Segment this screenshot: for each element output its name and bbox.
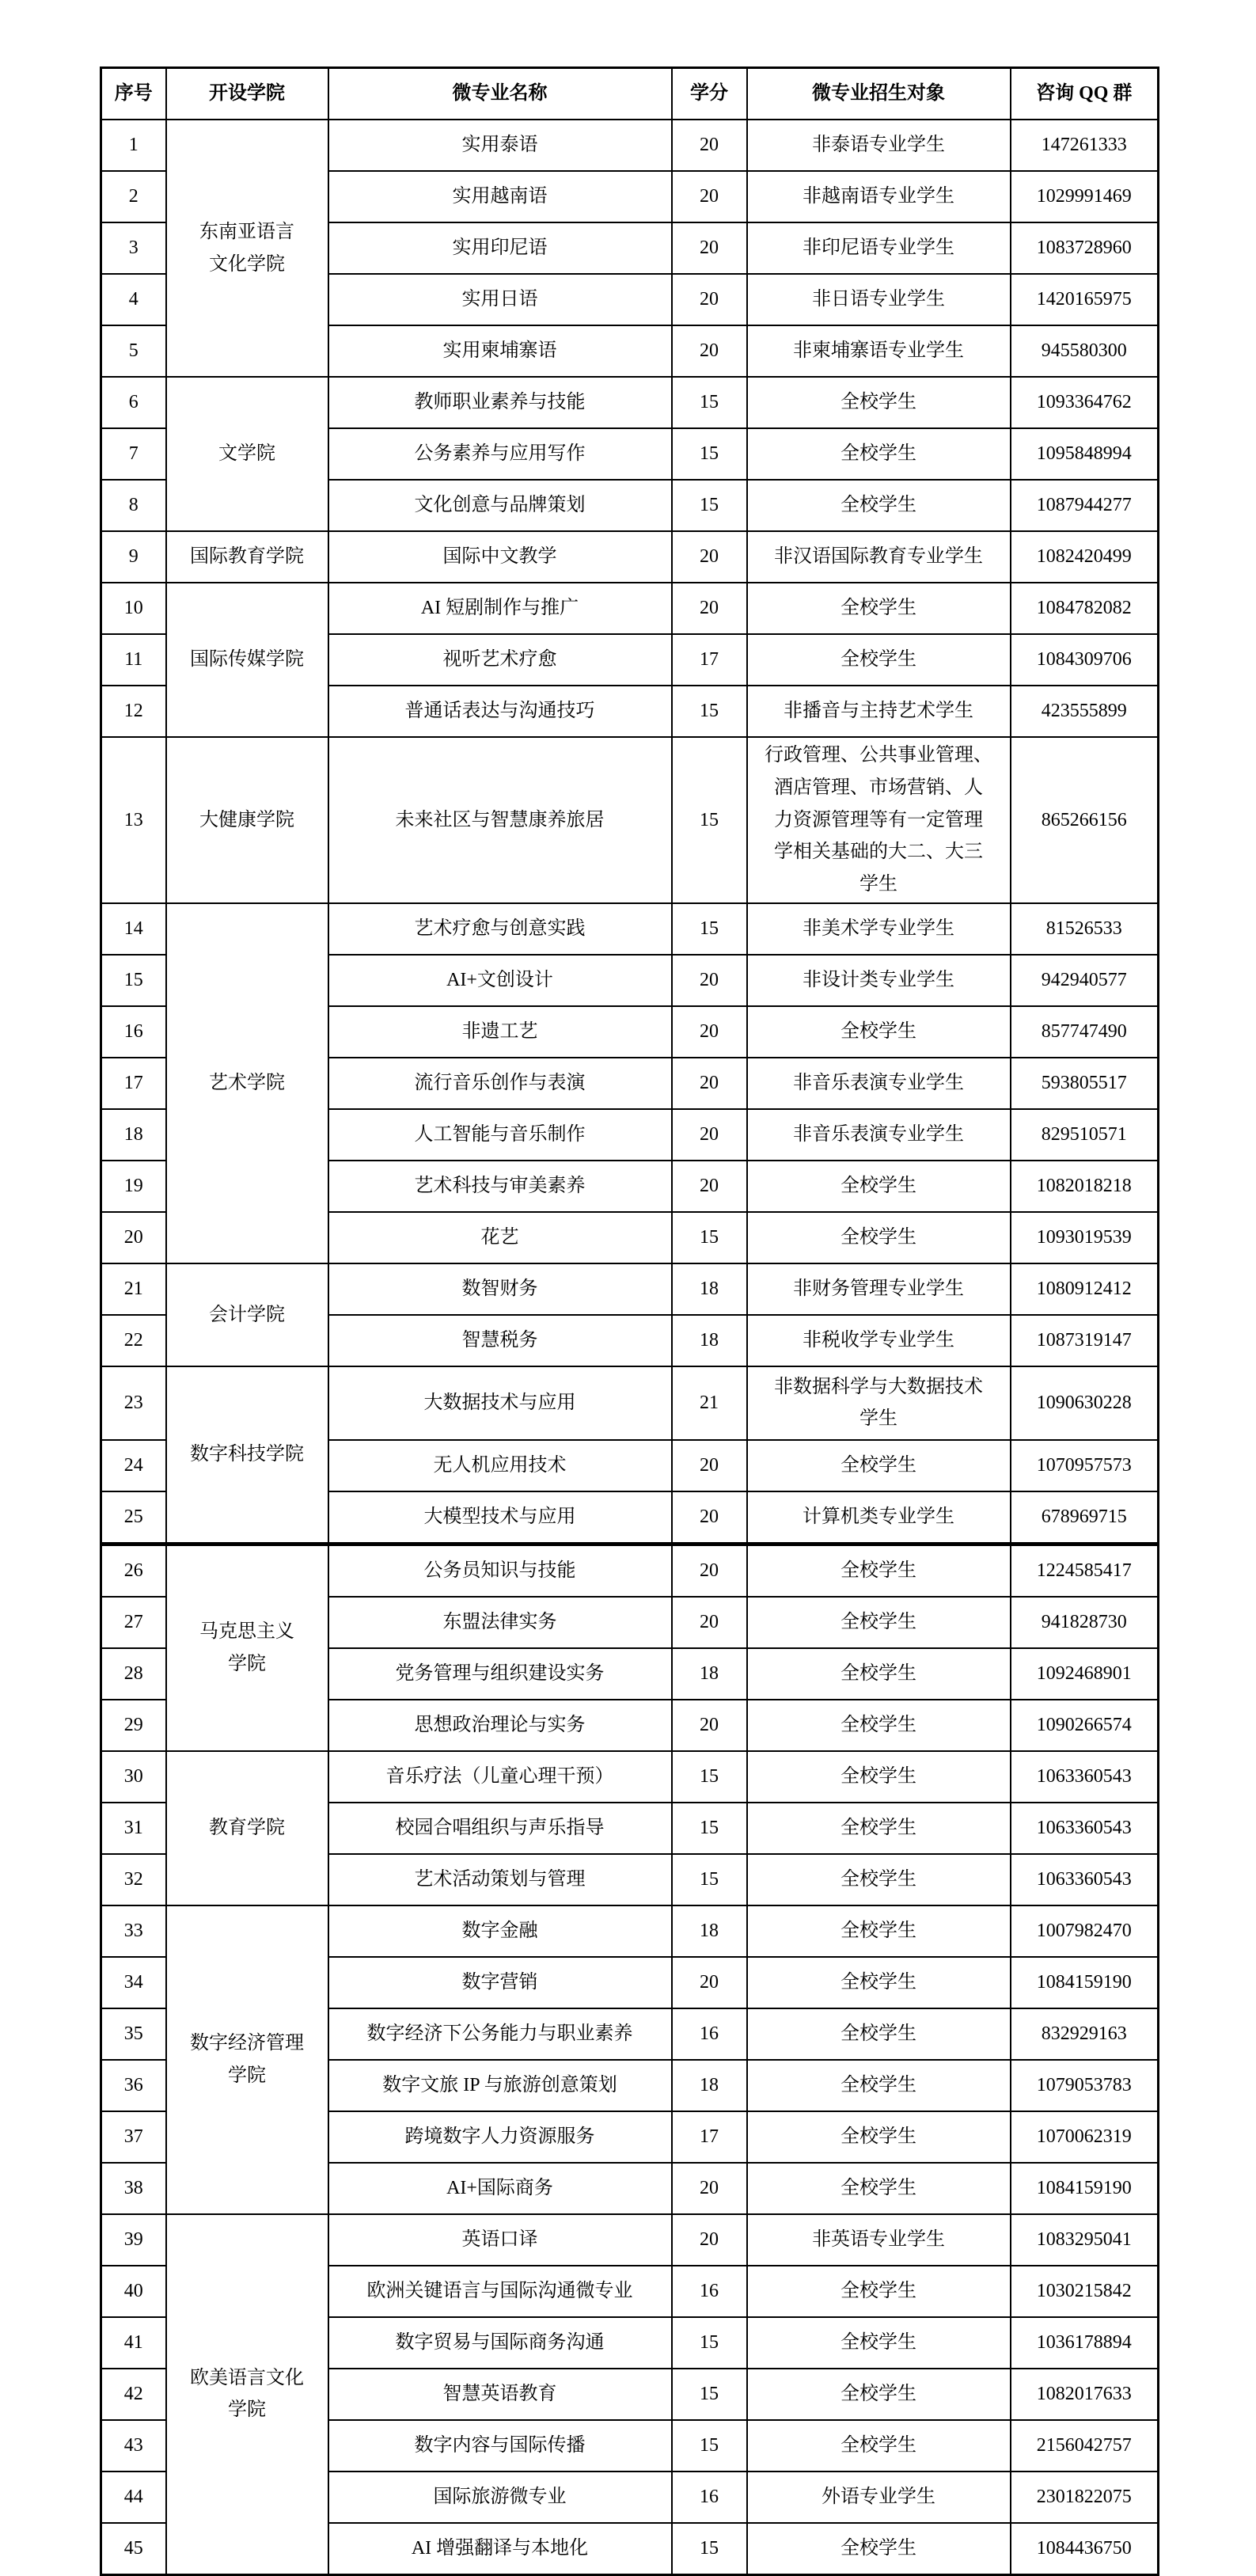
qq-group-cell: 1082017633 — [1011, 2369, 1159, 2420]
qq-group-cell: 1082420499 — [1011, 531, 1159, 583]
major-name-cell: 数字经济下公务能力与职业素养 — [328, 2008, 672, 2060]
qq-group-cell: 1084159190 — [1011, 2163, 1159, 2214]
credits-cell: 16 — [672, 2008, 747, 2060]
row-index-cell: 20 — [101, 1212, 166, 1263]
table-header: 序号 开设学院 微专业名称 学分 微专业招生对象 咨询 QQ 群 — [101, 68, 1159, 120]
major-name-cell: 数字贸易与国际商务沟通 — [328, 2317, 672, 2369]
major-name-cell: AI+国际商务 — [328, 2163, 672, 2214]
row-index-cell: 3 — [101, 222, 166, 274]
major-name-cell: 东盟法律实务 — [328, 1597, 672, 1648]
col-header-credits: 学分 — [672, 68, 747, 120]
row-index-cell: 42 — [101, 2369, 166, 2420]
college-cell: 大健康学院 — [166, 737, 328, 903]
target-cell: 全校学生 — [747, 2111, 1011, 2163]
major-name-cell: 教师职业素养与技能 — [328, 377, 672, 428]
credits-cell: 18 — [672, 1905, 747, 1957]
qq-group-cell: 2301822075 — [1011, 2472, 1159, 2523]
header-row: 序号 开设学院 微专业名称 学分 微专业招生对象 咨询 QQ 群 — [101, 68, 1159, 120]
qq-group-cell: 1029991469 — [1011, 171, 1159, 222]
row-index-cell: 14 — [101, 903, 166, 955]
major-name-cell: 大模型技术与应用 — [328, 1491, 672, 1544]
major-name-cell: 音乐疗法（儿童心理干预） — [328, 1751, 672, 1803]
qq-group-cell: 941828730 — [1011, 1597, 1159, 1648]
table-row: 21会计学院数智财务18非财务管理专业学生1080912412 — [101, 1263, 1159, 1315]
table-row: 26马克思主义 学院公务员知识与技能20全校学生1224585417 — [101, 1544, 1159, 1597]
target-cell: 非柬埔寨语专业学生 — [747, 325, 1011, 377]
qq-group-cell: 1084159190 — [1011, 1957, 1159, 2008]
credits-cell: 15 — [672, 686, 747, 737]
row-index-cell: 39 — [101, 2214, 166, 2266]
table-row: 6文学院教师职业素养与技能15全校学生1093364762 — [101, 377, 1159, 428]
credits-cell: 15 — [672, 1803, 747, 1854]
college-cell: 马克思主义 学院 — [166, 1544, 328, 1751]
major-name-cell: 校园合唱组织与声乐指导 — [328, 1803, 672, 1854]
qq-group-cell: 423555899 — [1011, 686, 1159, 737]
credits-cell: 20 — [672, 1700, 747, 1751]
qq-group-cell: 678969715 — [1011, 1491, 1159, 1544]
college-cell: 文学院 — [166, 377, 328, 531]
qq-group-cell: 1070957573 — [1011, 1440, 1159, 1491]
college-cell: 国际传媒学院 — [166, 583, 328, 737]
major-name-cell: 公务素养与应用写作 — [328, 428, 672, 480]
credits-cell: 18 — [672, 1263, 747, 1315]
qq-group-cell: 1036178894 — [1011, 2317, 1159, 2369]
col-header-major-name: 微专业名称 — [328, 68, 672, 120]
major-name-cell: 跨境数字人力资源服务 — [328, 2111, 672, 2163]
college-cell: 数字科技学院 — [166, 1366, 328, 1544]
major-name-cell: 未来社区与智慧康养旅居 — [328, 737, 672, 903]
qq-group-cell: 1420165975 — [1011, 274, 1159, 325]
col-header-college: 开设学院 — [166, 68, 328, 120]
major-name-cell: AI 短剧制作与推广 — [328, 583, 672, 634]
row-index-cell: 10 — [101, 583, 166, 634]
row-index-cell: 11 — [101, 634, 166, 686]
credits-cell: 18 — [672, 2060, 747, 2111]
credits-cell: 15 — [672, 1854, 747, 1905]
row-index-cell: 1 — [101, 120, 166, 171]
row-index-cell: 28 — [101, 1648, 166, 1700]
target-cell: 全校学生 — [747, 2060, 1011, 2111]
qq-group-cell: 1063360543 — [1011, 1751, 1159, 1803]
major-name-cell: 艺术科技与审美素养 — [328, 1161, 672, 1212]
target-cell: 非日语专业学生 — [747, 274, 1011, 325]
target-cell: 全校学生 — [747, 1440, 1011, 1491]
major-name-cell: 思想政治理论与实务 — [328, 1700, 672, 1751]
table-row: 14艺术学院艺术疗愈与创意实践15非美术学专业学生81526533 — [101, 903, 1159, 955]
qq-group-cell: 1030215842 — [1011, 2266, 1159, 2317]
row-index-cell: 43 — [101, 2420, 166, 2472]
credits-cell: 20 — [672, 1058, 747, 1109]
target-cell: 计算机类专业学生 — [747, 1491, 1011, 1544]
table-row: 1东南亚语言 文化学院实用泰语20非泰语专业学生147261333 — [101, 120, 1159, 171]
credits-cell: 20 — [672, 583, 747, 634]
credits-cell: 20 — [672, 1957, 747, 2008]
target-cell: 全校学生 — [747, 480, 1011, 531]
major-name-cell: 非遗工艺 — [328, 1006, 672, 1058]
col-header-qq-group: 咨询 QQ 群 — [1011, 68, 1159, 120]
major-name-cell: 数智财务 — [328, 1263, 672, 1315]
credits-cell: 15 — [672, 1751, 747, 1803]
target-cell: 全校学生 — [747, 634, 1011, 686]
target-cell: 非美术学专业学生 — [747, 903, 1011, 955]
major-name-cell: 流行音乐创作与表演 — [328, 1058, 672, 1109]
qq-group-cell: 593805517 — [1011, 1058, 1159, 1109]
target-cell: 全校学生 — [747, 2523, 1011, 2575]
qq-group-cell: 81526533 — [1011, 903, 1159, 955]
major-name-cell: 数字金融 — [328, 1905, 672, 1957]
target-cell: 全校学生 — [747, 1006, 1011, 1058]
target-cell: 非设计类专业学生 — [747, 955, 1011, 1006]
college-cell: 欧美语言文化 学院 — [166, 2214, 328, 2575]
credits-cell: 20 — [672, 1597, 747, 1648]
major-name-cell: 智慧英语教育 — [328, 2369, 672, 2420]
row-index-cell: 41 — [101, 2317, 166, 2369]
college-cell: 数字经济管理 学院 — [166, 1905, 328, 2214]
col-header-index: 序号 — [101, 68, 166, 120]
table-row: 30教育学院音乐疗法（儿童心理干预）15全校学生1063360543 — [101, 1751, 1159, 1803]
credits-cell: 20 — [672, 1440, 747, 1491]
major-name-cell: 艺术疗愈与创意实践 — [328, 903, 672, 955]
row-index-cell: 35 — [101, 2008, 166, 2060]
qq-group-cell: 1090630228 — [1011, 1366, 1159, 1440]
target-cell: 全校学生 — [747, 583, 1011, 634]
major-name-cell: 国际旅游微专业 — [328, 2472, 672, 2523]
credits-cell: 16 — [672, 2472, 747, 2523]
target-cell: 非数据科学与大数据技术 学生 — [747, 1366, 1011, 1440]
credits-cell: 17 — [672, 634, 747, 686]
credits-cell: 20 — [672, 120, 747, 171]
major-name-cell: 花艺 — [328, 1212, 672, 1263]
row-index-cell: 2 — [101, 171, 166, 222]
row-index-cell: 22 — [101, 1315, 166, 1366]
target-cell: 非印尼语专业学生 — [747, 222, 1011, 274]
row-index-cell: 13 — [101, 737, 166, 903]
major-name-cell: 党务管理与组织建设实务 — [328, 1648, 672, 1700]
college-cell: 东南亚语言 文化学院 — [166, 120, 328, 377]
target-cell: 全校学生 — [747, 2369, 1011, 2420]
credits-cell: 15 — [672, 428, 747, 480]
credits-cell: 20 — [672, 1006, 747, 1058]
target-cell: 非音乐表演专业学生 — [747, 1109, 1011, 1161]
target-cell: 全校学生 — [747, 1751, 1011, 1803]
college-cell: 会计学院 — [166, 1263, 328, 1366]
row-index-cell: 27 — [101, 1597, 166, 1648]
credits-cell: 20 — [672, 1491, 747, 1544]
col-header-target: 微专业招生对象 — [747, 68, 1011, 120]
qq-group-cell: 832929163 — [1011, 2008, 1159, 2060]
target-cell: 全校学生 — [747, 428, 1011, 480]
row-index-cell: 12 — [101, 686, 166, 737]
qq-group-cell: 1007982470 — [1011, 1905, 1159, 1957]
credits-cell: 18 — [672, 1648, 747, 1700]
table-row: 23数字科技学院大数据技术与应用21非数据科学与大数据技术 学生10906302… — [101, 1366, 1159, 1440]
major-name-cell: AI 增强翻译与本地化 — [328, 2523, 672, 2575]
target-cell: 非汉语国际教育专业学生 — [747, 531, 1011, 583]
credits-cell: 20 — [672, 955, 747, 1006]
table-body: 1东南亚语言 文化学院实用泰语20非泰语专业学生1472613332实用越南语2… — [101, 120, 1159, 2574]
major-name-cell: 智慧税务 — [328, 1315, 672, 1366]
target-cell: 全校学生 — [747, 1803, 1011, 1854]
row-index-cell: 34 — [101, 1957, 166, 2008]
target-cell: 全校学生 — [747, 2008, 1011, 2060]
credits-cell: 15 — [672, 1212, 747, 1263]
table-row: 39欧美语言文化 学院英语口译20非英语专业学生1083295041 — [101, 2214, 1159, 2266]
major-name-cell: 实用越南语 — [328, 171, 672, 222]
credits-cell: 15 — [672, 903, 747, 955]
document-page: 序号 开设学院 微专业名称 学分 微专业招生对象 咨询 QQ 群 1东南亚语言 … — [0, 0, 1256, 2566]
credits-cell: 20 — [672, 1544, 747, 1597]
row-index-cell: 29 — [101, 1700, 166, 1751]
row-index-cell: 8 — [101, 480, 166, 531]
target-cell: 全校学生 — [747, 377, 1011, 428]
qq-group-cell: 1087319147 — [1011, 1315, 1159, 1366]
credits-cell: 20 — [672, 2214, 747, 2266]
credits-cell: 16 — [672, 2266, 747, 2317]
qq-group-cell: 1063360543 — [1011, 1854, 1159, 1905]
credits-cell: 17 — [672, 2111, 747, 2163]
target-cell: 全校学生 — [747, 2420, 1011, 2472]
qq-group-cell: 1079053783 — [1011, 2060, 1159, 2111]
row-index-cell: 23 — [101, 1366, 166, 1440]
credits-cell: 15 — [672, 2523, 747, 2575]
row-index-cell: 32 — [101, 1854, 166, 1905]
major-name-cell: 实用日语 — [328, 274, 672, 325]
target-cell: 外语专业学生 — [747, 2472, 1011, 2523]
qq-group-cell: 1083295041 — [1011, 2214, 1159, 2266]
qq-group-cell: 1070062319 — [1011, 2111, 1159, 2163]
major-name-cell: 大数据技术与应用 — [328, 1366, 672, 1440]
row-index-cell: 45 — [101, 2523, 166, 2575]
target-cell: 全校学生 — [747, 1212, 1011, 1263]
row-index-cell: 25 — [101, 1491, 166, 1544]
qq-group-cell: 1083728960 — [1011, 222, 1159, 274]
target-cell: 非税收学专业学生 — [747, 1315, 1011, 1366]
qq-group-cell: 1093019539 — [1011, 1212, 1159, 1263]
table-row: 33数字经济管理 学院数字金融18全校学生1007982470 — [101, 1905, 1159, 1957]
major-name-cell: 英语口译 — [328, 2214, 672, 2266]
target-cell: 全校学生 — [747, 1957, 1011, 2008]
target-cell: 全校学生 — [747, 1597, 1011, 1648]
row-index-cell: 6 — [101, 377, 166, 428]
credits-cell: 21 — [672, 1366, 747, 1440]
qq-group-cell: 1084782082 — [1011, 583, 1159, 634]
credits-cell: 20 — [672, 2163, 747, 2214]
college-cell: 教育学院 — [166, 1751, 328, 1905]
target-cell: 非财务管理专业学生 — [747, 1263, 1011, 1315]
credits-cell: 20 — [672, 274, 747, 325]
qq-group-cell: 1084309706 — [1011, 634, 1159, 686]
row-index-cell: 18 — [101, 1109, 166, 1161]
major-name-cell: 实用柬埔寨语 — [328, 325, 672, 377]
row-index-cell: 31 — [101, 1803, 166, 1854]
major-name-cell: 文化创意与品牌策划 — [328, 480, 672, 531]
row-index-cell: 17 — [101, 1058, 166, 1109]
table-row: 13大健康学院未来社区与智慧康养旅居15行政管理、公共事业管理、 酒店管理、市场… — [101, 737, 1159, 903]
row-index-cell: 24 — [101, 1440, 166, 1491]
target-cell: 非播音与主持艺术学生 — [747, 686, 1011, 737]
row-index-cell: 36 — [101, 2060, 166, 2111]
row-index-cell: 26 — [101, 1544, 166, 1597]
target-cell: 非越南语专业学生 — [747, 171, 1011, 222]
major-name-cell: 视听艺术疗愈 — [328, 634, 672, 686]
target-cell: 非泰语专业学生 — [747, 120, 1011, 171]
credits-cell: 15 — [672, 2317, 747, 2369]
target-cell: 全校学生 — [747, 2163, 1011, 2214]
qq-group-cell: 1087944277 — [1011, 480, 1159, 531]
college-cell: 国际教育学院 — [166, 531, 328, 583]
qq-group-cell: 1093364762 — [1011, 377, 1159, 428]
major-name-cell: 数字内容与国际传播 — [328, 2420, 672, 2472]
table-row: 9国际教育学院国际中文教学20非汉语国际教育专业学生1082420499 — [101, 531, 1159, 583]
qq-group-cell: 1090266574 — [1011, 1700, 1159, 1751]
major-name-cell: 数字文旅 IP 与旅游创意策划 — [328, 2060, 672, 2111]
table-row: 10国际传媒学院AI 短剧制作与推广20全校学生1084782082 — [101, 583, 1159, 634]
row-index-cell: 40 — [101, 2266, 166, 2317]
credits-cell: 20 — [672, 171, 747, 222]
target-cell: 全校学生 — [747, 1854, 1011, 1905]
credits-cell: 20 — [672, 325, 747, 377]
qq-group-cell: 865266156 — [1011, 737, 1159, 903]
major-name-cell: 实用印尼语 — [328, 222, 672, 274]
target-cell: 全校学生 — [747, 1700, 1011, 1751]
qq-group-cell: 2156042757 — [1011, 2420, 1159, 2472]
row-index-cell: 19 — [101, 1161, 166, 1212]
qq-group-cell: 1082018218 — [1011, 1161, 1159, 1212]
major-name-cell: 实用泰语 — [328, 120, 672, 171]
credits-cell: 20 — [672, 531, 747, 583]
target-cell: 全校学生 — [747, 1905, 1011, 1957]
target-cell: 非音乐表演专业学生 — [747, 1058, 1011, 1109]
qq-group-cell: 829510571 — [1011, 1109, 1159, 1161]
credits-cell: 15 — [672, 480, 747, 531]
row-index-cell: 9 — [101, 531, 166, 583]
row-index-cell: 21 — [101, 1263, 166, 1315]
qq-group-cell: 945580300 — [1011, 325, 1159, 377]
target-cell: 全校学生 — [747, 2266, 1011, 2317]
qq-group-cell: 1080912412 — [1011, 1263, 1159, 1315]
target-cell: 全校学生 — [747, 1648, 1011, 1700]
qq-group-cell: 1063360543 — [1011, 1803, 1159, 1854]
target-cell: 全校学生 — [747, 1161, 1011, 1212]
credits-cell: 20 — [672, 222, 747, 274]
row-index-cell: 4 — [101, 274, 166, 325]
credits-cell: 15 — [672, 377, 747, 428]
row-index-cell: 44 — [101, 2472, 166, 2523]
target-cell: 全校学生 — [747, 1544, 1011, 1597]
credits-cell: 15 — [672, 2369, 747, 2420]
credits-cell: 20 — [672, 1161, 747, 1212]
row-index-cell: 38 — [101, 2163, 166, 2214]
qq-group-cell: 147261333 — [1011, 120, 1159, 171]
target-cell: 全校学生 — [747, 2317, 1011, 2369]
major-name-cell: 国际中文教学 — [328, 531, 672, 583]
row-index-cell: 37 — [101, 2111, 166, 2163]
major-name-cell: 艺术活动策划与管理 — [328, 1854, 672, 1905]
credits-cell: 20 — [672, 1109, 747, 1161]
college-cell: 艺术学院 — [166, 903, 328, 1263]
target-cell: 非英语专业学生 — [747, 2214, 1011, 2266]
major-name-cell: 无人机应用技术 — [328, 1440, 672, 1491]
major-name-cell: AI+文创设计 — [328, 955, 672, 1006]
qq-group-cell: 1224585417 — [1011, 1544, 1159, 1597]
row-index-cell: 16 — [101, 1006, 166, 1058]
qq-group-cell: 1084436750 — [1011, 2523, 1159, 2575]
credits-cell: 15 — [672, 737, 747, 903]
row-index-cell: 7 — [101, 428, 166, 480]
qq-group-cell: 1092468901 — [1011, 1648, 1159, 1700]
target-cell: 行政管理、公共事业管理、 酒店管理、市场营销、人 力资源管理等有一定管理 学相关… — [747, 737, 1011, 903]
major-name-cell: 欧洲关键语言与国际沟通微专业 — [328, 2266, 672, 2317]
row-index-cell: 15 — [101, 955, 166, 1006]
row-index-cell: 5 — [101, 325, 166, 377]
major-name-cell: 人工智能与音乐制作 — [328, 1109, 672, 1161]
qq-group-cell: 942940577 — [1011, 955, 1159, 1006]
credits-cell: 15 — [672, 2420, 747, 2472]
row-index-cell: 33 — [101, 1905, 166, 1957]
major-name-cell: 普通话表达与沟通技巧 — [328, 686, 672, 737]
row-index-cell: 30 — [101, 1751, 166, 1803]
qq-group-cell: 1095848994 — [1011, 428, 1159, 480]
credits-cell: 18 — [672, 1315, 747, 1366]
micro-majors-table: 序号 开设学院 微专业名称 学分 微专业招生对象 咨询 QQ 群 1东南亚语言 … — [100, 66, 1159, 2576]
qq-group-cell: 857747490 — [1011, 1006, 1159, 1058]
major-name-cell: 数字营销 — [328, 1957, 672, 2008]
major-name-cell: 公务员知识与技能 — [328, 1544, 672, 1597]
